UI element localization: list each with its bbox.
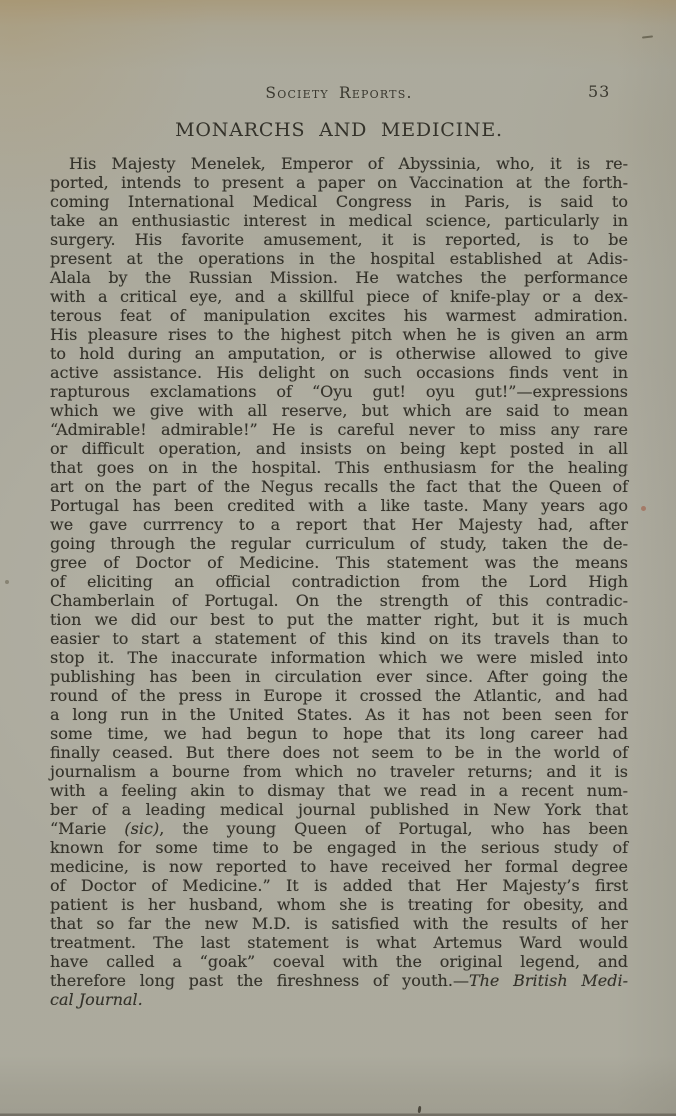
article-line-segment: therefore long past the fireshness of yo… bbox=[50, 971, 469, 990]
article-line: patient is her husband, whom she is trea… bbox=[50, 895, 628, 914]
article-line-segment: His Majesty Menelek, Emperor of Abyssini… bbox=[69, 154, 628, 173]
article-line: “Admirable! admirable!” He is careful ne… bbox=[50, 420, 628, 439]
article-line: treatment. The last statement is what Ar… bbox=[50, 933, 628, 952]
article-line-segment: Chamberlain of Portugal. On the strength… bbox=[50, 591, 628, 610]
article-line-italic-segment: (sic) bbox=[124, 819, 159, 838]
article-line-segment: Alala by the Russian Mission. He watches… bbox=[50, 268, 628, 287]
article-line-segment: known for some time to be engaged in the… bbox=[50, 838, 628, 857]
article-line: “Marie (sic), the young Queen of Portuga… bbox=[50, 819, 628, 838]
article-line-segment: that goes on in the hospital. This enthu… bbox=[50, 458, 628, 477]
article-line: easier to start a statement of this kind… bbox=[50, 629, 628, 648]
article-line: His pleasure rises to the highest pitch … bbox=[50, 325, 628, 344]
article-line: medicine, is now reported to have receiv… bbox=[50, 857, 628, 876]
article-line-segment: take an enthusiastic interest in medical… bbox=[50, 211, 628, 230]
article-line-segment: that so far the new M.D. is satisfied wi… bbox=[50, 914, 628, 933]
article-line-segment: going through the regular curriculum of … bbox=[50, 534, 628, 553]
article-line-segment: His pleasure rises to the highest pitch … bbox=[50, 325, 628, 344]
article-line: surgery. His favorite amusement, it is r… bbox=[50, 230, 628, 249]
article-line-segment: rapturous exclamations of “Oyu gut! oyu … bbox=[50, 382, 628, 401]
article-line: rapturous exclamations of “Oyu gut! oyu … bbox=[50, 382, 628, 401]
article-line-italic-segment: The British Medi- bbox=[469, 971, 628, 990]
article-line: that so far the new M.D. is satisfied wi… bbox=[50, 914, 628, 933]
article-line-segment: with a feeling akin to dismay that we re… bbox=[50, 781, 628, 800]
article-line: present at the operations in the hospita… bbox=[50, 249, 628, 268]
article-line: gree of Doctor of Medicine. This stateme… bbox=[50, 553, 628, 572]
article-line-segment: of Doctor of Medicine.” It is added that… bbox=[50, 876, 628, 895]
article-line-segment: round of the press in Europe it crossed … bbox=[50, 686, 628, 705]
article-line: ported, intends to present a paper on Va… bbox=[50, 173, 628, 192]
article-line-segment: Portugal has been credited with a like t… bbox=[50, 496, 628, 515]
article-line-segment: ber of a leading medical journal publish… bbox=[50, 800, 628, 819]
article-line-segment: a long run in the United States. As it h… bbox=[50, 705, 628, 724]
article-line-segment: which we give with all reserve, but whic… bbox=[50, 401, 628, 420]
article-line-segment: easier to start a statement of this kind… bbox=[50, 629, 628, 648]
article-line-segment: or difficult operation, and insists on b… bbox=[50, 439, 628, 458]
article-line: some time, we had begun to hope that its… bbox=[50, 724, 628, 743]
article-line: active assistance. His delight on such o… bbox=[50, 363, 628, 382]
paper-ink-speck bbox=[418, 1106, 422, 1113]
running-head-title: Society Reports. bbox=[50, 84, 628, 102]
article-line: of eliciting an official contradiction f… bbox=[50, 572, 628, 591]
article-line-segment: with a critical eye, and a skillful piec… bbox=[50, 287, 628, 306]
page-number: 53 bbox=[588, 82, 628, 101]
article-line-segment: “Admirable! admirable!” He is careful ne… bbox=[50, 420, 628, 439]
paper-scratch-mark bbox=[642, 35, 653, 38]
article-line: we gave currrency to a report that Her M… bbox=[50, 515, 628, 534]
article-line: tion we did our best to put the matter r… bbox=[50, 610, 628, 629]
article-line: therefore long past the fireshness of yo… bbox=[50, 971, 628, 990]
article-line: journalism a bourne from which no travel… bbox=[50, 762, 628, 781]
article-line-segment: publishing has been in circulation ever … bbox=[50, 667, 628, 686]
article-line: His Majesty Menelek, Emperor of Abyssini… bbox=[50, 154, 628, 173]
article-line: ber of a leading medical journal publish… bbox=[50, 800, 628, 819]
article-line-segment: medicine, is now reported to have receiv… bbox=[50, 857, 628, 876]
paper-stain-speck bbox=[641, 506, 646, 511]
article-line: Alala by the Russian Mission. He watches… bbox=[50, 268, 628, 287]
article-line: publishing has been in circulation ever … bbox=[50, 667, 628, 686]
article-line-segment: we gave currrency to a report that Her M… bbox=[50, 515, 628, 534]
article-line-segment: “Marie bbox=[50, 819, 124, 838]
article-line-segment: to hold during an amputation, or is othe… bbox=[50, 344, 628, 363]
article-line: which we give with all reserve, but whic… bbox=[50, 401, 628, 420]
article-line: with a critical eye, and a skillful piec… bbox=[50, 287, 628, 306]
article-line: coming International Medical Congress in… bbox=[50, 192, 628, 211]
article-line-segment: art on the part of the Negus recalls the… bbox=[50, 477, 628, 496]
article-line-segment: tion we did our best to put the matter r… bbox=[50, 610, 628, 629]
article-line: of Doctor of Medicine.” It is added that… bbox=[50, 876, 628, 895]
article-line-segment: , the young Queen of Portugal, who has b… bbox=[159, 819, 628, 838]
article-line-segment: coming International Medical Congress in… bbox=[50, 192, 628, 211]
scanned-page: Society Reports. 53 MONARCHS AND MEDICIN… bbox=[0, 0, 676, 1116]
article-line: take an enthusiastic interest in medical… bbox=[50, 211, 628, 230]
article-line-segment: present at the operations in the hospita… bbox=[50, 249, 628, 268]
article-line: round of the press in Europe it crossed … bbox=[50, 686, 628, 705]
article-line: or difficult operation, and insists on b… bbox=[50, 439, 628, 458]
article-line-segment: finally ceased. But there does not seem … bbox=[50, 743, 628, 762]
article-line: Chamberlain of Portugal. On the strength… bbox=[50, 591, 628, 610]
article-line: going through the regular curriculum of … bbox=[50, 534, 628, 553]
article-line: known for some time to be engaged in the… bbox=[50, 838, 628, 857]
article-line: a long run in the United States. As it h… bbox=[50, 705, 628, 724]
paper-stain-speck bbox=[5, 580, 9, 584]
article-line: Portugal has been credited with a like t… bbox=[50, 496, 628, 515]
article-line: with a feeling akin to dismay that we re… bbox=[50, 781, 628, 800]
article-line-segment: journalism a bourne from which no travel… bbox=[50, 762, 628, 781]
article-line: art on the part of the Negus recalls the… bbox=[50, 477, 628, 496]
article-line-segment: terous feat of manipulation excites his … bbox=[50, 306, 628, 325]
article-body: His Majesty Menelek, Emperor of Abyssini… bbox=[50, 154, 628, 1009]
article-line: stop it. The inaccurate information whic… bbox=[50, 648, 628, 667]
article-line-segment: treatment. The last statement is what Ar… bbox=[50, 933, 628, 952]
article-line: that goes on in the hospital. This enthu… bbox=[50, 458, 628, 477]
article-line: terous feat of manipulation excites his … bbox=[50, 306, 628, 325]
article-line: to hold during an amputation, or is othe… bbox=[50, 344, 628, 363]
article-title: MONARCHS AND MEDICINE. bbox=[50, 119, 628, 141]
article-line-italic-segment: cal Journal. bbox=[50, 990, 143, 1009]
article-line: have called a “goak” coeval with the ori… bbox=[50, 952, 628, 971]
article-line-segment: patient is her husband, whom she is trea… bbox=[50, 895, 628, 914]
article-line-segment: of eliciting an official contradiction f… bbox=[50, 572, 628, 591]
article-line-segment: ported, intends to present a paper on Va… bbox=[50, 173, 628, 192]
article-line-segment: stop it. The inaccurate information whic… bbox=[50, 648, 628, 667]
article-line-segment: surgery. His favorite amusement, it is r… bbox=[50, 230, 628, 249]
article-line-segment: gree of Doctor of Medicine. This stateme… bbox=[50, 553, 628, 572]
article-line-segment: active assistance. His delight on such o… bbox=[50, 363, 628, 382]
article-line-segment: have called a “goak” coeval with the ori… bbox=[50, 952, 628, 971]
article-line: cal Journal. bbox=[50, 990, 628, 1009]
article-line: finally ceased. But there does not seem … bbox=[50, 743, 628, 762]
article-line-segment: some time, we had begun to hope that its… bbox=[50, 724, 628, 743]
